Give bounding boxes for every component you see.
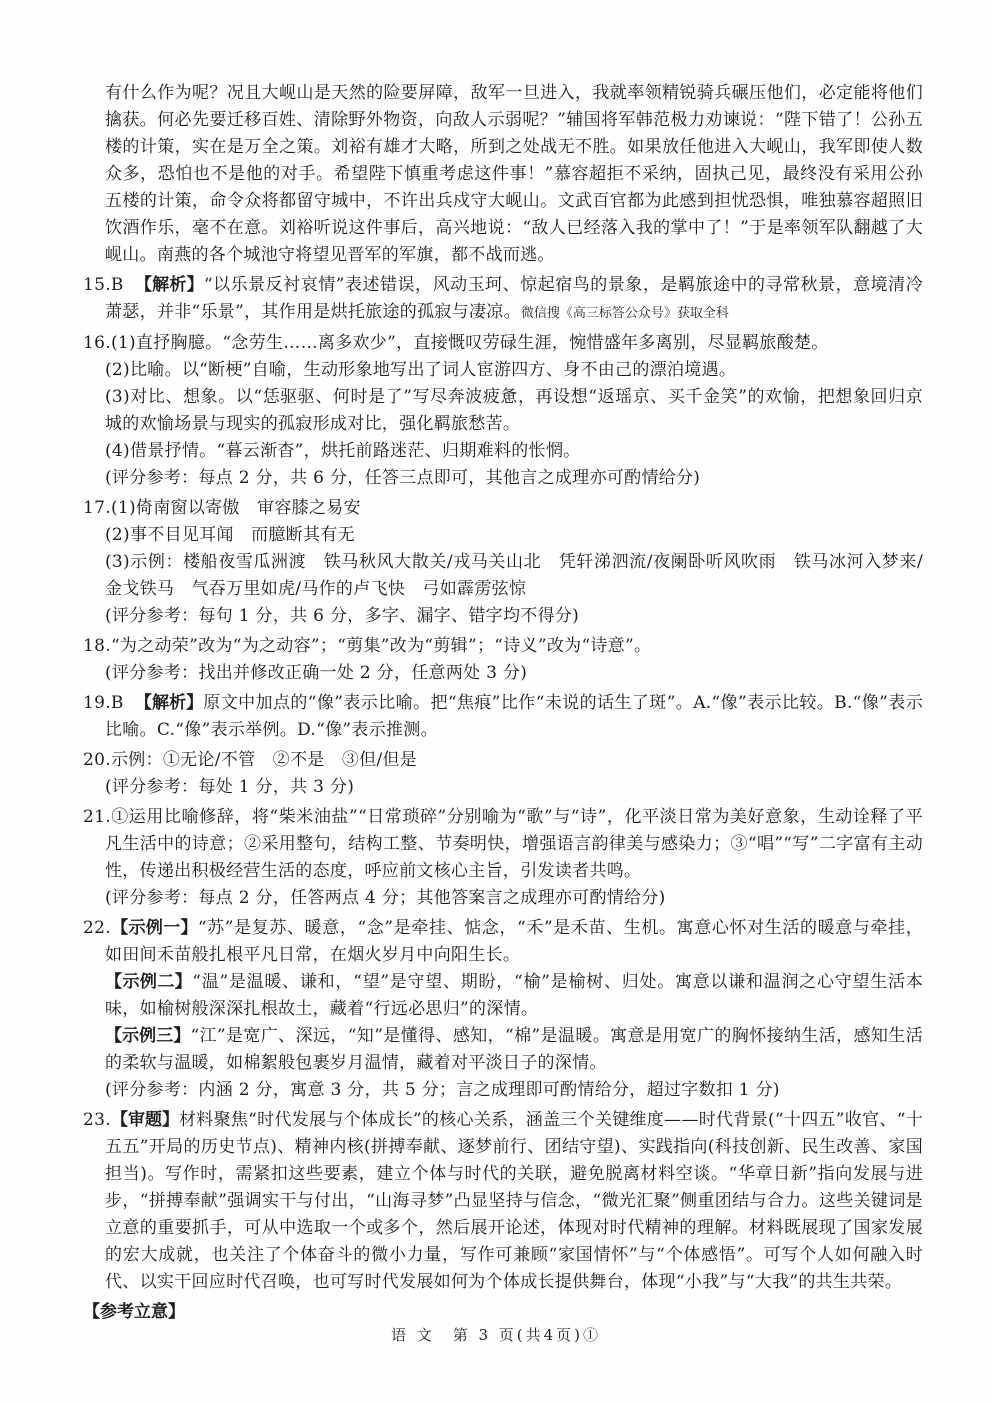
section-label: 【参考立意】 — [83, 1299, 923, 1326]
paragraph-block: (3)示例：楼船夜雪瓜洲渡 铁马秋风大散关/戎马关山北 凭轩涕泗流/夜阑卧听风吹… — [83, 549, 923, 603]
item-number: 21. — [83, 807, 111, 827]
document-body: 有什么作为呢？况且大岘山是天然的险要屏障，敌军一旦进入，我就率领精锐骑兵碾压他们… — [83, 80, 923, 1326]
text-run: “为之动荣”改为“为之动容”；“剪集”改为“剪辑”；“诗义”改为“诗意”。 — [111, 636, 651, 656]
bold-label: 【审题】 — [111, 1110, 179, 1130]
item-number: 22. — [83, 918, 111, 938]
text-run: 有什么作为呢？况且大岘山是天然的险要屏障，敌军一旦进入，我就率领精锐骑兵碾压他们… — [105, 83, 923, 265]
text-run: (1)直抒胸臆。“念劳生……离多欢少”，直接慨叹劳碌生涯，惋惜盛年多离别，尽显羁… — [111, 333, 829, 353]
bold-label: 【参考立意】 — [83, 1302, 185, 1322]
paragraph-block: (4)借景抒情。“暮云渐杳”，烘托前路迷茫、归期难料的怅惘。 — [83, 438, 923, 465]
bold-label: 【解析】 — [135, 275, 204, 295]
text-run: “江”是宽广、深远，“知”是懂得、感知，“棉”是温暖。寓意是用宽广的胸怀接纳生活… — [105, 1026, 923, 1073]
text-run: 原文中加点的“像”表示比喻。把“焦痕”比作“未说的话生了斑”。A.“像”表示比较… — [105, 693, 923, 740]
paragraph-block: 【示例三】“江”是宽广、深远，“知”是懂得、感知，“棉”是温暖。寓意是用宽广的胸… — [83, 1023, 923, 1077]
text-run: “以乐景反衬哀情”表述错误，风动玉珂、惊起宿鸟的景象，是羁旅途中的寻常秋景，意境… — [105, 275, 923, 322]
item-number: 23. — [83, 1110, 111, 1130]
text-run: (评分参考：每处 1 分，共 3 分) — [105, 777, 354, 797]
paragraph-block: (评分参考：每点 2 分，共 6 分，任答三点即可，其他言之成理亦可酌情给分) — [83, 465, 923, 492]
item-number: 17. — [83, 498, 111, 518]
text-run: (评分参考：每句 1 分，共 6 分，多字、漏字、错字均不得分) — [105, 606, 579, 626]
bold-label: 【解析】 — [135, 693, 204, 713]
item-number: 20. — [83, 750, 111, 770]
item-number: 16. — [83, 333, 111, 353]
paragraph-block: (评分参考：每处 1 分，共 3 分) — [83, 774, 923, 801]
text-run: (3)对比、想象。以“恁驱驱、何时是了”写尽奔波疲惫，再设想“返瑶京、买千金笑”… — [105, 387, 923, 434]
paragraph-block: (评分参考：每句 1 分，共 6 分，多字、漏字、错字均不得分) — [83, 603, 923, 630]
text-run: (评分参考：每点 2 分，任答两点 4 分；其他答案言之成理亦可酌情给分) — [105, 888, 666, 908]
text-run: (4)借景抒情。“暮云渐杳”，烘托前路迷茫、归期难料的怅惘。 — [105, 441, 580, 461]
paragraph-block: (评分参考：找出并修改正确一处 2 分，任意两处 3 分) — [83, 660, 923, 687]
answer-block: 18.“为之动荣”改为“为之动容”；“剪集”改为“剪辑”；“诗义”改为“诗意”。 — [83, 633, 923, 660]
answer-block: 23.【审题】材料聚焦“时代发展与个体成长”的核心关系，涵盖三个关键维度——时代… — [83, 1107, 923, 1296]
item-number: 19.B — [83, 693, 124, 713]
bold-label: 【示例二】 — [105, 972, 192, 992]
text-run: (3)示例：楼船夜雪瓜洲渡 铁马秋风大散关/戎马关山北 凭轩涕泗流/夜阑卧听风吹… — [105, 552, 923, 599]
text-run: (2)事不目见耳闻 而臆断其有无 — [105, 525, 355, 545]
paragraph-block: (2)比喻。以“断梗”自喻，生动形象地写出了词人宦游四方、身不由己的漂泊境遇。 — [83, 357, 923, 384]
footer-text: 语 文 第 3 页(共4页)① — [391, 1326, 601, 1344]
answer-block: 15.B【解析】“以乐景反衬哀情”表述错误，风动玉珂、惊起宿鸟的景象，是羁旅途中… — [83, 272, 923, 327]
watermark-note: 微信搜《高三标答公众号》获取全科 — [521, 306, 729, 321]
answer-block: 16.(1)直抒胸臆。“念劳生……离多欢少”，直接慨叹劳碌生涯，惋惜盛年多离别，… — [83, 330, 923, 357]
bold-label: 【示例三】 — [105, 1026, 190, 1046]
answer-block: 21.①运用比喻修辞，将“柴米油盐”“日常琐碎”分别喻为“歌”与“诗”，化平淡日… — [83, 804, 923, 885]
paragraph-block: (3)对比、想象。以“恁驱驱、何时是了”写尽奔波疲惫，再设想“返瑶京、买千金笑”… — [83, 384, 923, 438]
text-run: 材料聚焦“时代发展与个体成长”的核心关系，涵盖三个关键维度——时代背景(“十四五… — [105, 1110, 923, 1292]
text-run: “温”是温暖、谦和，“望”是守望、期盼，“榆”是榆树、归处。寓意以谦和温润之心守… — [105, 972, 923, 1019]
answer-block: 20.示例：①无论/不管 ②不是 ③但/但是 — [83, 747, 923, 774]
text-run: (评分参考：内涵 2 分，寓意 3 分，共 5 分；言之成理即可酌情给分，超过字… — [105, 1080, 780, 1100]
paragraph-block: 【示例二】“温”是温暖、谦和，“望”是守望、期盼，“榆”是榆树、归处。寓意以谦和… — [83, 969, 923, 1023]
paragraph-block: (2)事不目见耳闻 而臆断其有无 — [83, 522, 923, 549]
answer-block: 22.【示例一】“苏”是复苏、暖意，“念”是牵挂、惦念，“禾”是禾苗、生机。寓意… — [83, 915, 923, 969]
paragraph-block: (评分参考：每点 2 分，任答两点 4 分；其他答案言之成理亦可酌情给分) — [83, 885, 923, 912]
text-run: (2)比喻。以“断梗”自喻，生动形象地写出了词人宦游四方、身不由己的漂泊境遇。 — [105, 360, 736, 380]
text-run: 示例：①无论/不管 ②不是 ③但/但是 — [111, 750, 417, 770]
text-run: ①运用比喻修辞，将“柴米油盐”“日常琐碎”分别喻为“歌”与“诗”，化平淡日常为美… — [105, 807, 923, 881]
item-number: 18. — [83, 636, 111, 656]
item-number: 15.B — [83, 275, 124, 295]
page-footer: 语 文 第 3 页(共4页)① — [0, 1324, 992, 1345]
paragraph-block: 有什么作为呢？况且大岘山是天然的险要屏障，敌军一旦进入，我就率领精锐骑兵碾压他们… — [83, 80, 923, 269]
paragraph-block: (评分参考：内涵 2 分，寓意 3 分，共 5 分；言之成理即可酌情给分，超过字… — [83, 1077, 923, 1104]
text-run: (评分参考：每点 2 分，共 6 分，任答三点即可，其他言之成理亦可酌情给分) — [105, 468, 700, 488]
text-run: “苏”是复苏、暖意，“念”是牵挂、惦念，“禾”是禾苗、生机。寓意心怀对生活的暖意… — [105, 918, 923, 965]
bold-label: 【示例一】 — [111, 918, 198, 938]
text-run: (1)倚南窗以寄傲 审容膝之易安 — [111, 498, 361, 518]
text-run: (评分参考：找出并修改正确一处 2 分，任意两处 3 分) — [105, 663, 527, 683]
answer-block: 17.(1)倚南窗以寄傲 审容膝之易安 — [83, 495, 923, 522]
answer-block: 19.B【解析】原文中加点的“像”表示比喻。把“焦痕”比作“未说的话生了斑”。A… — [83, 690, 923, 744]
exam-answer-page: 有什么作为呢？况且大岘山是天然的险要屏障，敌军一旦进入，我就率领精锐骑兵碾压他们… — [0, 0, 992, 1403]
